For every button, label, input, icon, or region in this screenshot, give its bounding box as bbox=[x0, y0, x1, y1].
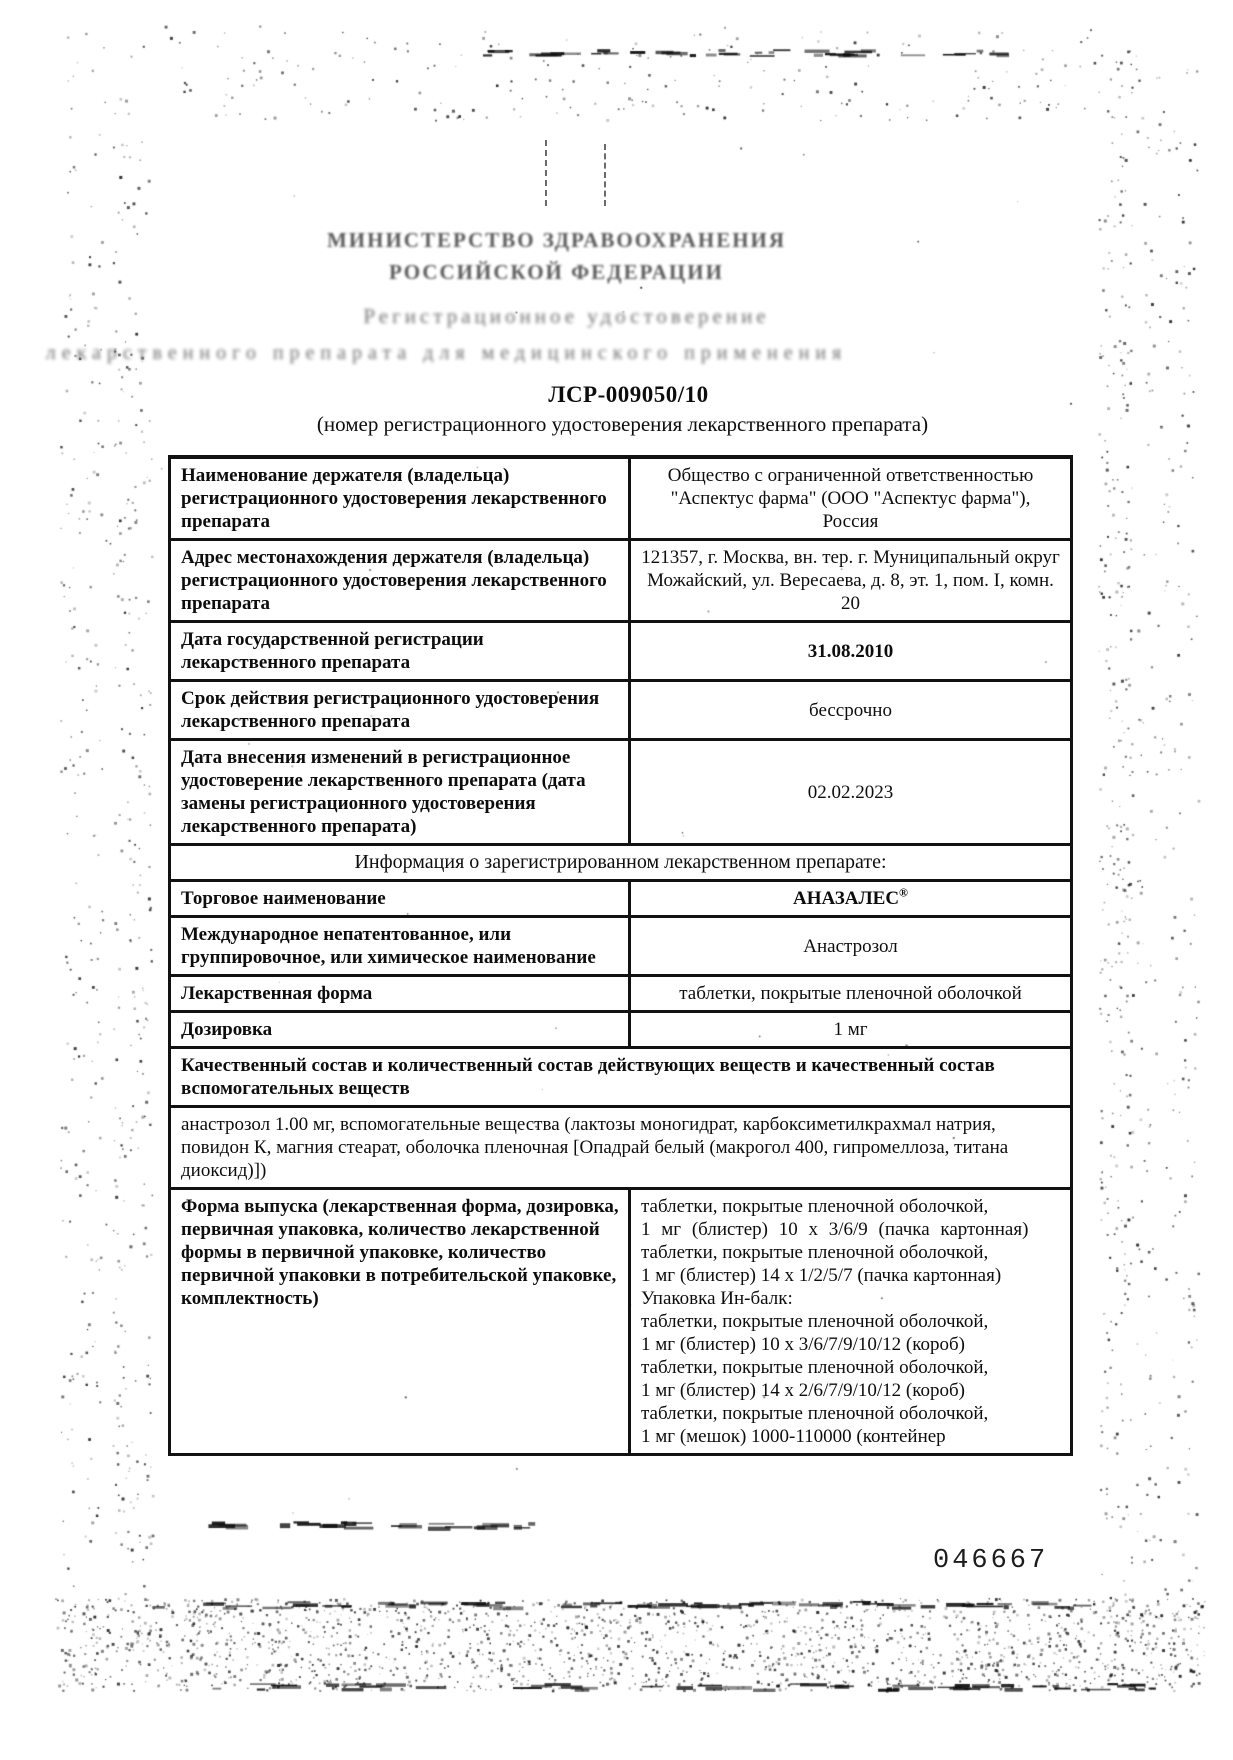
row-label: Дата внесения изменений в регистрационно… bbox=[171, 741, 631, 843]
table-row: Наименование держателя (владельца) регис… bbox=[171, 459, 1070, 538]
registered-trademark-symbol: ® bbox=[899, 886, 908, 900]
row-full-text: Качественный состав и количественный сос… bbox=[171, 1049, 1070, 1105]
table-row: Адрес местонахождения держателя (владель… bbox=[171, 538, 1070, 620]
row-value: Общество с ограниченной ответственностью… bbox=[631, 459, 1070, 538]
row-value: АНАЗАЛЕС® bbox=[631, 882, 1070, 915]
row-value-line: таблетки, покрытые пленочной оболочкой, bbox=[641, 1356, 1060, 1379]
row-value-line: таблетки, покрытые пленочной оболочкой, bbox=[641, 1195, 1060, 1218]
row-label: Дозировка bbox=[171, 1013, 631, 1046]
row-value-line: 1 мг (блистер) 10 х 3/6/7/9/10/12 (короб… bbox=[641, 1333, 1060, 1356]
trade-name: АНАЗАЛЕС bbox=[793, 888, 899, 909]
row-label: Наименование держателя (владельца) регис… bbox=[171, 459, 631, 538]
registration-mark-left bbox=[545, 140, 547, 206]
row-value-line: 1 мг (блистер) 14 х 2/6/7/9/10/12 (короб… bbox=[641, 1379, 1060, 1402]
scanned-registration-certificate-page: МИНИСТЕРСТВО ЗДРАВООХРАНЕНИЯ РОССИЙСКОЙ … bbox=[0, 0, 1233, 1760]
document-title-line2: лекарственного препарата для медицинског… bbox=[0, 342, 1063, 365]
registration-number-caption: (номер регистрационного удостоверения ле… bbox=[6, 412, 1233, 437]
table-row: Срок действия регистрационного удостовер… bbox=[171, 679, 1070, 738]
table-row: Международное непатентованное, или групп… bbox=[171, 915, 1070, 974]
document-title-line1: Регистрационное удостоверение bbox=[0, 304, 1183, 329]
table-row: Торговое наименованиеАНАЗАЛЕС® bbox=[171, 879, 1070, 915]
serial-number: 046667 bbox=[933, 1546, 1048, 1576]
row-value: Анастрозол bbox=[631, 918, 1070, 974]
row-value-line: 1 мг (блистер) 10 х 3/6/9 (пачка картонн… bbox=[641, 1218, 1060, 1241]
row-label: Торговое наименование bbox=[171, 882, 631, 915]
row-value: бессрочно bbox=[631, 682, 1070, 738]
row-label: Международное непатентованное, или групп… bbox=[171, 918, 631, 974]
row-label: Форма выпуска (лекарственная форма, дози… bbox=[171, 1190, 631, 1453]
row-value-line: таблетки, покрытые пленочной оболочкой, bbox=[641, 1241, 1060, 1264]
row-label: Срок действия регистрационного удостовер… bbox=[171, 682, 631, 738]
registration-number: ЛСР-009050/10 bbox=[12, 382, 1233, 408]
registration-mark-right bbox=[604, 144, 606, 206]
row-label: Адрес местонахождения держателя (владель… bbox=[171, 541, 631, 620]
row-value-line: таблетки, покрытые пленочной оболочкой, bbox=[641, 1402, 1060, 1425]
row-value-line: 1 мг (мешок) 1000-110000 (контейнер bbox=[641, 1425, 1060, 1448]
row-value: 121357, г. Москва, вн. тер. г. Муниципал… bbox=[631, 541, 1070, 620]
table-row: анастрозол 1.00 мг, вспомогательные веще… bbox=[171, 1105, 1070, 1187]
registration-details-table: Наименование держателя (владельца) регис… bbox=[168, 455, 1073, 1456]
row-label: Лекарственная форма bbox=[171, 977, 631, 1010]
row-value-line: Упаковка Ин-балк: bbox=[641, 1287, 1060, 1310]
row-value-line: таблетки, покрытые пленочной оболочкой, bbox=[641, 1310, 1060, 1333]
table-row: Дата государственной регистрации лекарст… bbox=[171, 620, 1070, 679]
table-row: Информация о зарегистрированном лекарств… bbox=[171, 843, 1070, 879]
table-row: Качественный состав и количественный сос… bbox=[171, 1046, 1070, 1105]
row-value: 31.08.2010 bbox=[631, 623, 1070, 679]
table-row: Дата внесения изменений в регистрационно… bbox=[171, 738, 1070, 843]
row-value: 02.02.2023 bbox=[631, 741, 1070, 843]
row-value: таблетки, покрытые пленочной оболочкой bbox=[631, 977, 1070, 1010]
table-row: Форма выпуска (лекарственная форма, дози… bbox=[171, 1187, 1070, 1453]
table-row: Лекарственная форматаблетки, покрытые пл… bbox=[171, 974, 1070, 1010]
row-label: Дата государственной регистрации лекарст… bbox=[171, 623, 631, 679]
table-row: Дозировка1 мг bbox=[171, 1010, 1070, 1046]
ministry-name-line1: МИНИСТЕРСТВО ЗДРАВООХРАНЕНИЯ bbox=[0, 228, 1173, 253]
ministry-name-line2: РОССИЙСКОЙ ФЕДЕРАЦИИ bbox=[0, 260, 1173, 285]
row-value: таблетки, покрытые пленочной оболочкой,1… bbox=[631, 1190, 1070, 1453]
row-full-text: Информация о зарегистрированном лекарств… bbox=[171, 846, 1070, 879]
row-value-line: 1 мг (блистер) 14 х 1/2/5/7 (пачка карто… bbox=[641, 1264, 1060, 1287]
row-full-text: анастрозол 1.00 мг, вспомогательные веще… bbox=[171, 1108, 1070, 1187]
row-value: 1 мг bbox=[631, 1013, 1070, 1046]
